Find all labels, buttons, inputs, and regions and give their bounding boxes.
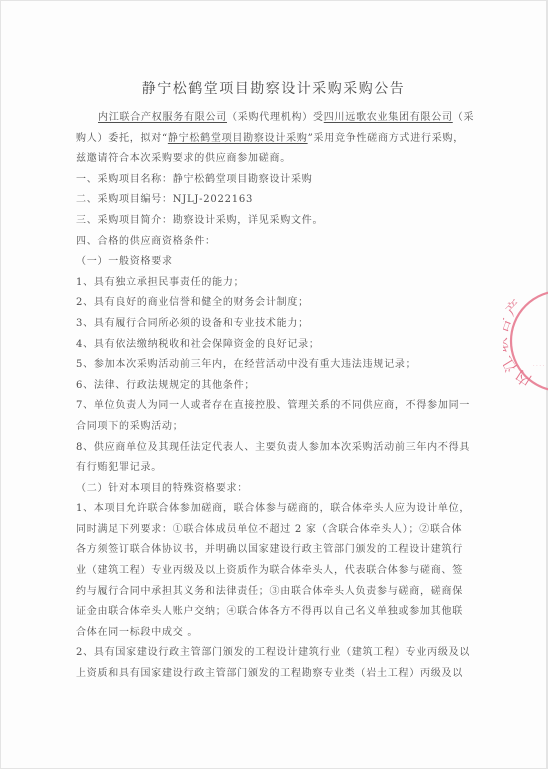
general-item: 4、具有依法缴纳税收和社会保障资金的良好记录； bbox=[76, 335, 468, 356]
special-line: 1、本项目允许联合体参加磋商，联合体参与磋商的，联合体牵头人应为设计单位， bbox=[76, 499, 468, 520]
official-seal-icon: 内江联合产 · · · · bbox=[503, 289, 548, 393]
intro-line-3: 兹邀请符合本次采购要求的供应商参加磋商。 bbox=[76, 149, 468, 170]
special-line: 合体在同一标段中成交 。 bbox=[76, 623, 468, 644]
svg-text:内江联合产: 内江联合产 bbox=[503, 294, 535, 390]
general-requirements-heading: （一）一般资格要求 bbox=[76, 252, 468, 273]
document-page: 静宁松鹤堂项目勘察设计采购采购公告 内江联合产权服务有限公司（采购代理机构）受四… bbox=[1, 1, 546, 768]
special-line: 上资质和具有国家建设行政主管部门颁发的工程勘察专业类（岩土工程）丙级及以 bbox=[76, 664, 468, 685]
svg-text:· · · ·: · · · · bbox=[533, 363, 545, 369]
intro-line-2: 购人）委托，拟对“静宁松鹤堂项目勘察设计采购”采用竞争性磋商方式进行采购， bbox=[76, 129, 468, 150]
section-project-name: 一、采购项目名称：静宁松鹤堂项目勘察设计采购 bbox=[76, 170, 468, 191]
document-title: 静宁松鹤堂项目勘察设计采购采购公告 bbox=[1, 79, 546, 99]
general-item: 3、具有履行合同所必须的设备和专业技术能力； bbox=[76, 314, 468, 335]
general-item: 7、单位负责人为同一人或者存在直接控股、管理关系的不同供应商，不得参加同一 bbox=[76, 396, 468, 417]
special-line: 各方须签订联合体协议书，并明确以国家建设行政主管部门颁发的工程设计建筑行 bbox=[76, 540, 468, 561]
general-item: 8、供应商单位及其现任法定代表人、主要负责人参加本次采购活动前三年内不得具 bbox=[76, 438, 468, 459]
special-line: 证金由联合体牵头人账户交纳；④联合体各方不得再以自己名义单独或参加其他联 bbox=[76, 602, 468, 623]
special-line: 业（建筑工程）专业丙级及以上资质作为联合体牵头人，代表联合体参与磋商、签 bbox=[76, 561, 468, 582]
general-item: 有行贿犯罪记录。 bbox=[76, 458, 468, 479]
general-item: 1、具有独立承担民事责任的能力； bbox=[76, 273, 468, 294]
stamp-text: 内江联合产 bbox=[503, 294, 535, 390]
general-item: 5、参加本次采购活动前三年内，在经营活动中没有重大违法违规记录； bbox=[76, 355, 468, 376]
purchaser-name: 四川远歌农业集团有限公司 bbox=[324, 112, 453, 123]
document-body: 内江联合产权服务有限公司（采购代理机构）受四川远歌农业集团有限公司（采 购人）委… bbox=[76, 108, 468, 685]
project-name: 静宁松鹤堂项目勘察设计采购 bbox=[168, 133, 308, 144]
intro-line-1: 内江联合产权服务有限公司（采购代理机构）受四川远歌农业集团有限公司（采 bbox=[76, 108, 468, 129]
general-item: 合同项下的采购活动； bbox=[76, 417, 468, 438]
section-project-number: 二、采购项目编号：NJLJ-2022163 bbox=[76, 190, 468, 211]
agent-name: 内江联合产权服务有限公司 bbox=[98, 112, 227, 123]
special-requirements-heading: （二）针对本项目的特殊资格要求： bbox=[76, 479, 468, 500]
special-line: 2、具有国家建设行政主管部门颁发的工程设计建筑行业（建筑工程）专业丙级及以 bbox=[76, 643, 468, 664]
general-item: 2、具有良好的商业信誉和健全的财务会计制度； bbox=[76, 293, 468, 314]
section-project-summary: 三、采购项目简介：勘察设计采购，详见采购文件。 bbox=[76, 211, 468, 232]
special-line: 约与履行合同中承担其义务和法律责任；③由联合体牵头人负责参与磋商，磋商保 bbox=[76, 582, 468, 603]
special-line: 同时满足下列要求：①联合体成员单位不超过 2 家（含联合体牵头人）；②联合体 bbox=[76, 520, 468, 541]
section-qualifications: 四、合格的供应商资格条件： bbox=[76, 232, 468, 253]
general-item: 6、法律、行政法规规定的其他条件； bbox=[76, 376, 468, 397]
